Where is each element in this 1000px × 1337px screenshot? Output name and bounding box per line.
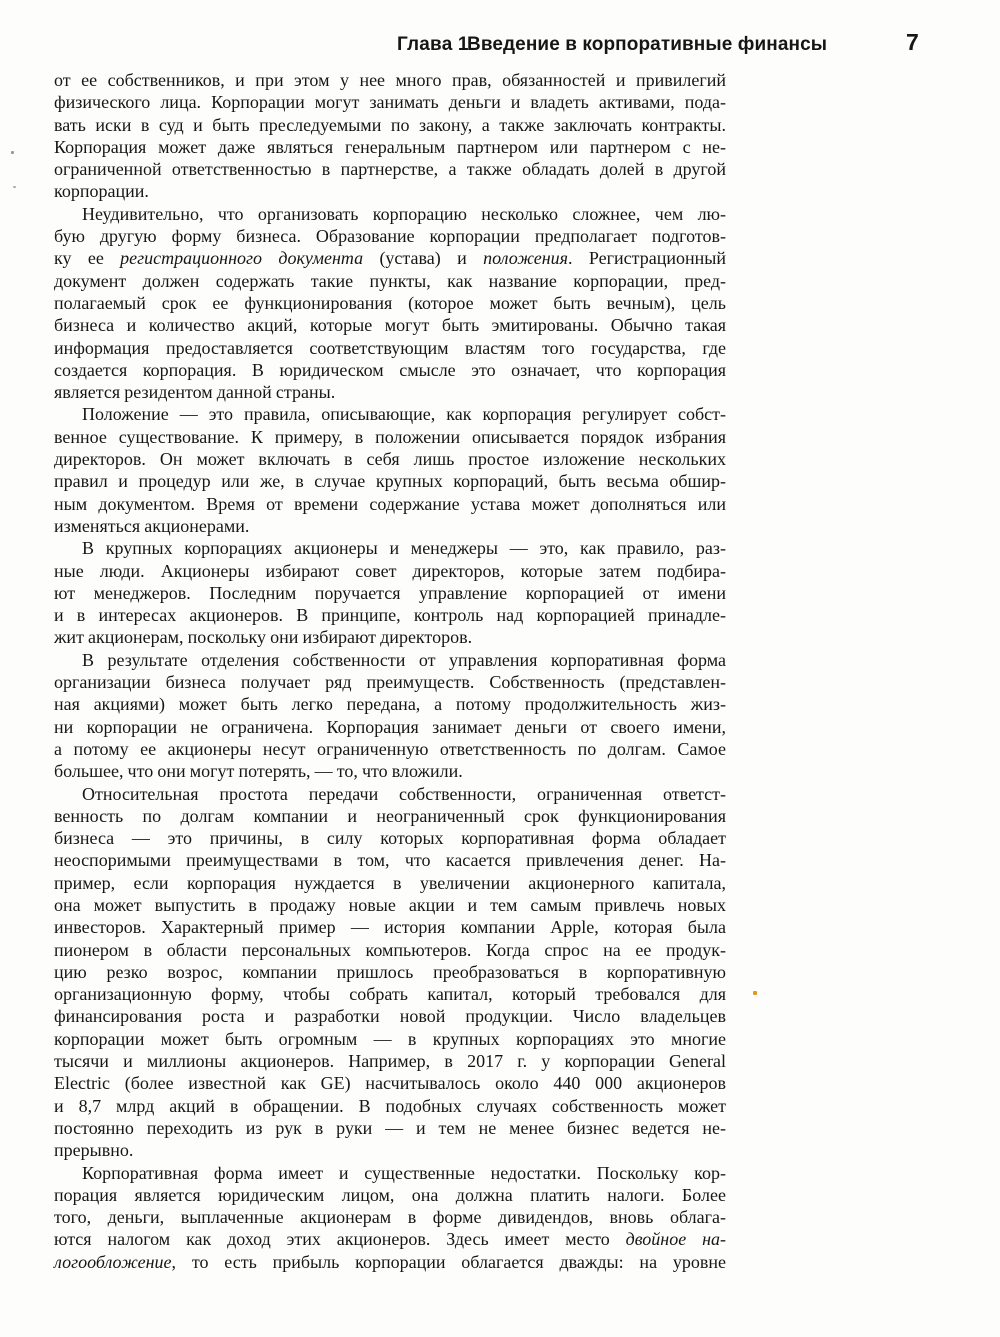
paragraph: от ее собственников, и при этом у нее мн… [54,69,726,203]
text-line: неоспоримыми преимуществами в том, что к… [54,849,726,871]
text-line: а потому ее акционеры несут ограниченную… [54,738,726,760]
text-line: корпорации может быть огромным — в крупн… [54,1028,726,1050]
text-line: ная акциями) может быть легко передана, … [54,693,726,715]
text-segment: Положение — это правила, описывающие, ка… [82,404,726,424]
text-segment: Electric (более известной как GE) насчит… [54,1073,726,1093]
text-segment: бизнеса — это причины, в силу которых ко… [54,828,726,848]
text-segment: бую другую форму бизнеса. Образование ко… [54,226,726,246]
text-line: того, деньги, выплаченные акционерам в ф… [54,1206,726,1228]
text-segment: ни корпорации не ограничена. Корпорация … [54,717,726,737]
text-line: постоянно переходить из рук в руки — и т… [54,1117,726,1139]
text-segment: полагаемый срок ее функционирования (кот… [54,293,726,313]
paragraph: Положение — это правила, описывающие, ка… [54,403,726,537]
text-column: от ее собственников, и при этом у нее мн… [54,69,726,1273]
text-line: и в интересах акционеров. В принципе, ко… [54,604,726,626]
text-line: бизнеса и количество акций, которые могу… [54,314,726,336]
text-line: цию резко возрос, компании пришлось прео… [54,961,726,983]
text-line: ются налогом как доход этих акционеров. … [54,1228,726,1250]
text-segment: информация предоставляется соответствующ… [54,338,726,358]
text-segment: изменяться акционерами. [54,516,249,536]
paragraph: Неудивительно, что организовать корпорац… [54,203,726,404]
text-segment: инвесторов. Характерный пример — история… [54,917,726,937]
text-segment: документ должен содержать такие пункты, … [54,271,726,291]
text-segment: пионером в области персональных компьюте… [54,940,726,960]
text-line: корпорации. [54,180,726,202]
text-segment: ным документом. Время от времени содержа… [54,494,726,514]
text-segment: является резидентом данной страны. [54,382,335,402]
text-segment: венное существование. К примеру, в полож… [54,427,726,447]
text-segment: бизнеса и количество акций, которые могу… [54,315,726,335]
text-segment: ку ее [54,248,120,268]
text-line: жит акционерам, поскольку они избирают д… [54,626,726,648]
text-segment: (устава) и [363,248,483,268]
text-segment: цию резко возрос, компании пришлось прео… [54,962,726,982]
text-line: от ее собственников, и при этом у нее мн… [54,69,726,91]
text-segment: создается корпорация. В юридическом смыс… [54,360,726,380]
text-segment: ные люди. Акционеры избирают совет дирек… [54,561,726,581]
text-line: Относительная простота передачи собствен… [54,783,726,805]
scan-artifact-speck [13,186,16,188]
text-segment: и в интересах акционеров. В принципе, ко… [54,605,726,625]
text-segment: финансирования роста и разработки новой … [54,1006,726,1026]
text-line: документ должен содержать такие пункты, … [54,270,726,292]
text-line: ным документом. Время от времени содержа… [54,493,726,515]
text-segment: неоспоримыми преимуществами в том, что к… [54,850,726,870]
text-segment: ная акциями) может быть легко передана, … [54,694,726,714]
text-segment: ются налогом как доход этих акционеров. … [54,1229,626,1249]
text-segment: порация является юридическим лицом, она … [54,1185,726,1205]
text-line: ку ее регистрационного документа (устава… [54,247,726,269]
italic-text-segment: логообложение [54,1252,172,1272]
text-line: ни корпорации не ограничена. Корпорация … [54,716,726,738]
text-line: порация является юридическим лицом, она … [54,1184,726,1206]
chapter-label: Глава 1 [397,34,469,56]
page-number: 7 [906,29,919,55]
text-line: В крупных корпорациях акционеры и менедж… [54,537,726,559]
text-segment: корпорации может быть огромным — в крупн… [54,1029,726,1049]
scan-artifact-orange-speck [753,991,757,995]
text-line: директоров. Он может включать в себя лиш… [54,448,726,470]
text-line: является резидентом данной страны. [54,381,726,403]
text-line: информация предоставляется соответствующ… [54,337,726,359]
text-line: финансирования роста и разработки новой … [54,1005,726,1027]
running-header: Глава 1 Введение в корпоративные финансы… [0,0,1000,64]
paragraph: Корпоративная форма имеет и существенные… [54,1162,726,1273]
text-segment: организации бизнеса получает ряд преимущ… [54,672,726,692]
text-line: прерывно. [54,1139,726,1161]
text-segment: ограниченной ответственностью в партнерс… [54,159,726,179]
italic-text-segment: двойное на- [626,1229,726,1249]
text-segment: она может выпустить в продажу новые акци… [54,895,726,915]
text-line: логообложение, то есть прибыль корпораци… [54,1251,726,1273]
text-line: организационную форму, чтобы собрать кап… [54,983,726,1005]
text-segment: , то есть прибыль корпорации облагается … [172,1252,727,1272]
text-segment: Неудивительно, что организовать корпорац… [82,204,726,224]
text-line: тысячи и миллионы акционеров. Например, … [54,1050,726,1072]
text-segment: В результате отделения собственности от … [82,650,726,670]
text-segment: Корпорация может даже являться генеральн… [54,137,726,157]
scan-artifact-speck [11,151,14,154]
text-line: пример, если корпорация нуждается в увел… [54,872,726,894]
text-segment: корпорации. [54,181,149,201]
text-line: организации бизнеса получает ряд преимущ… [54,671,726,693]
text-line: полагаемый срок ее функционирования (кот… [54,292,726,314]
text-line: ограниченной ответственностью в партнерс… [54,158,726,180]
text-segment: пример, если корпорация нуждается в увел… [54,873,726,893]
italic-text-segment: положения [483,248,568,268]
text-line: венное существование. К примеру, в полож… [54,426,726,448]
text-line: бизнеса — это причины, в силу которых ко… [54,827,726,849]
text-segment: тысячи и миллионы акционеров. Например, … [54,1051,726,1071]
text-segment: от ее собственников, и при этом у нее мн… [54,70,726,90]
text-segment: и 8,7 млрд акций в обращении. В подобных… [54,1096,726,1116]
text-segment: жит акционерам, поскольку они избирают д… [54,627,472,647]
text-line: инвесторов. Характерный пример — история… [54,916,726,938]
text-segment: венность по долгам компании и неограниче… [54,806,726,826]
text-line: венность по долгам компании и неограниче… [54,805,726,827]
text-line: ные люди. Акционеры избирают совет дирек… [54,560,726,582]
text-line: создается корпорация. В юридическом смыс… [54,359,726,381]
text-line: и 8,7 млрд акций в обращении. В подобных… [54,1095,726,1117]
text-line: вать иски в суд и быть преследуемыми по … [54,114,726,136]
paragraph: В крупных корпорациях акционеры и менедж… [54,537,726,648]
text-segment: вать иски в суд и быть преследуемыми по … [54,115,726,135]
text-line: Electric (более известной как GE) насчит… [54,1072,726,1094]
text-segment: того, деньги, выплаченные акционерам в ф… [54,1207,726,1227]
paragraph: Относительная простота передачи собствен… [54,783,726,1162]
text-segment: постоянно переходить из рук в руки — и т… [54,1118,726,1138]
text-line: Положение — это правила, описывающие, ка… [54,403,726,425]
text-segment: директоров. Он может включать в себя лиш… [54,449,726,469]
text-segment: . Регистрационный [568,248,726,268]
chapter-title: Введение в корпоративные финансы [467,34,827,56]
text-segment: Корпоративная форма имеет и существенные… [82,1163,726,1183]
text-segment: организационную форму, чтобы собрать кап… [54,984,726,1004]
text-line: Корпорация может даже являться генеральн… [54,136,726,158]
text-segment: физического лица. Корпорации могут заним… [54,92,726,112]
text-line: она может выпустить в продажу новые акци… [54,894,726,916]
text-segment: правил и процедур или же, в случае крупн… [54,471,726,491]
text-segment: Относительная простота передачи собствен… [82,784,726,804]
text-line: Неудивительно, что организовать корпорац… [54,203,726,225]
paragraph: В результате отделения собственности от … [54,649,726,783]
text-line: бую другую форму бизнеса. Образование ко… [54,225,726,247]
italic-text-segment: регистрационного документа [120,248,363,268]
text-line: ют менеджеров. Последним поручается упра… [54,582,726,604]
text-segment: ют менеджеров. Последним поручается упра… [54,583,726,603]
text-segment: прерывно. [54,1140,133,1160]
text-line: изменяться акционерами. [54,515,726,537]
text-line: пионером в области персональных компьюте… [54,939,726,961]
text-line: большее, что они могут потерять, — то, ч… [54,760,726,782]
text-line: физического лица. Корпорации могут заним… [54,91,726,113]
text-line: Корпоративная форма имеет и существенные… [54,1162,726,1184]
text-segment: а потому ее акционеры несут ограниченную… [54,739,726,759]
text-segment: В крупных корпорациях акционеры и менедж… [82,538,726,558]
text-segment: большее, что они могут потерять, — то, ч… [54,761,463,781]
text-line: В результате отделения собственности от … [54,649,726,671]
book-page: Глава 1 Введение в корпоративные финансы… [0,0,1000,1337]
text-line: правил и процедур или же, в случае крупн… [54,470,726,492]
